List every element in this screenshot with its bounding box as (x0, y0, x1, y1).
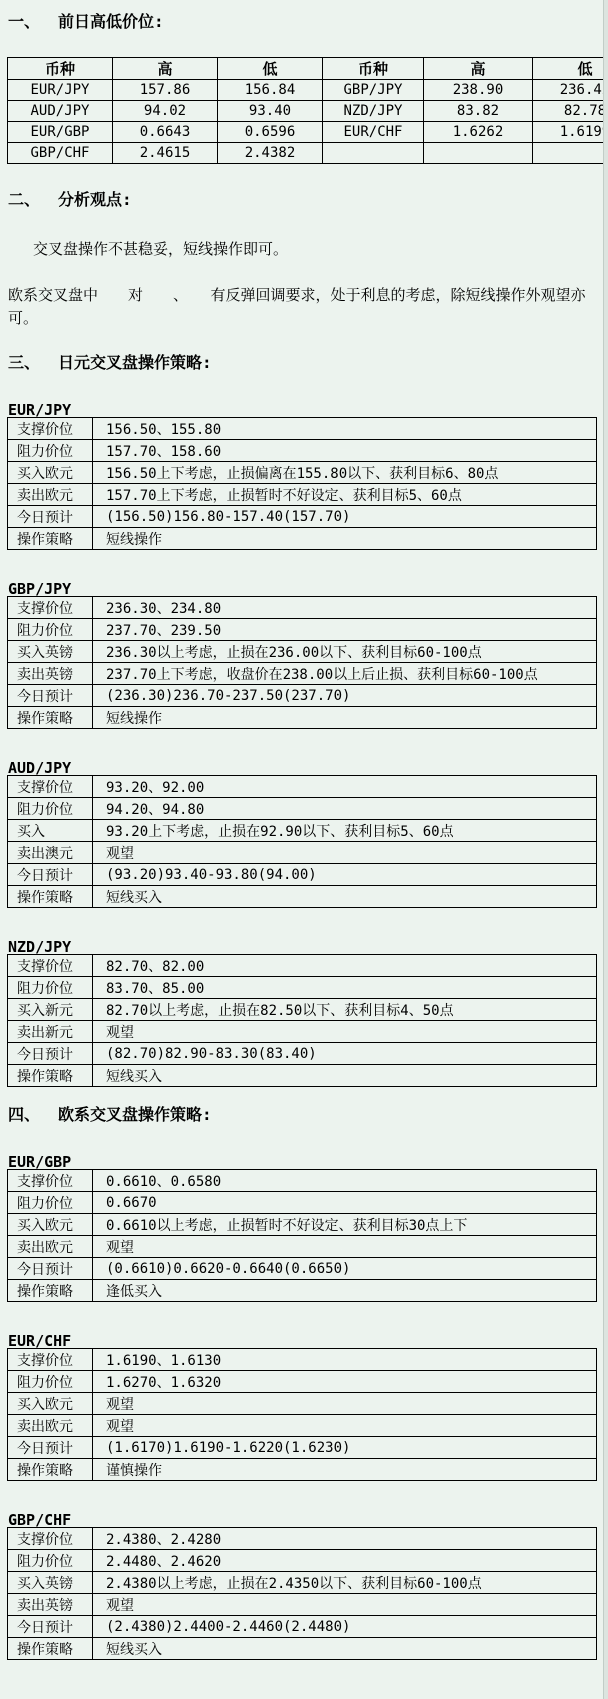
strategy-row: 支撑价位236.30、234.80 (8, 597, 597, 619)
strategy-row-label: 阻力价位 (8, 619, 93, 641)
strategy-row-value: 观望 (93, 1236, 597, 1258)
strategy-row-value: 观望 (93, 1415, 597, 1437)
section-2-title: 分析观点: (58, 190, 132, 209)
strategy-row-value: 2.4480、2.4620 (93, 1550, 597, 1572)
strategy-row-label: 今日预计 (8, 506, 93, 528)
price-cell-pair: AUD/JPY (8, 101, 113, 122)
price-column-header: 高 (424, 58, 533, 80)
section-1-heading: 一、前日高低价位: (8, 14, 608, 30)
price-cell-pair: EUR/JPY (8, 80, 113, 101)
pair-label: EUR/GBP (8, 1155, 608, 1169)
strategy-table-eur-chf: 支撑价位1.6190、1.6130阻力价位1.6270、1.6320买入欧元观望… (7, 1348, 597, 1481)
price-cell-value: 83.82 (424, 101, 533, 122)
strategy-row: 卖出澳元观望 (8, 842, 597, 864)
price-cell-value: 94.02 (113, 101, 218, 122)
strategy-row: 阻力价位0.6670 (8, 1192, 597, 1214)
strategy-row-label: 买入英镑 (8, 1572, 93, 1594)
strategy-row-value: 短线买入 (93, 1638, 597, 1660)
strategy-row: 操作策略短线买入 (8, 886, 597, 908)
strategy-row: 支撑价位0.6610、0.6580 (8, 1170, 597, 1192)
strategy-row-label: 今日预计 (8, 1043, 93, 1065)
strategy-row-label: 今日预计 (8, 1258, 93, 1280)
eur-cross-strategy-section: EUR/GBP支撑价位0.6610、0.6580阻力价位0.6670买入欧元0.… (8, 1155, 608, 1660)
strategy-row: 阻力价位1.6270、1.6320 (8, 1371, 597, 1393)
price-cell-value: 93.40 (218, 101, 323, 122)
strategy-row-label: 卖出澳元 (8, 842, 93, 864)
strategy-row-value: 2.4380以上考虑，止损在2.4350以下、获利目标60-100点 (93, 1572, 597, 1594)
strategy-row: 今日预计(156.50)156.80-157.40(157.70) (8, 506, 597, 528)
strategy-row-label: 今日预计 (8, 685, 93, 707)
strategy-table-aud-jpy: 支撑价位93.20、92.00阻力价位94.20、94.80买入93.20上下考… (7, 775, 597, 908)
strategy-row-label: 支撑价位 (8, 1349, 93, 1371)
strategy-row-label: 操作策略 (8, 528, 93, 550)
strategy-row-value: (156.50)156.80-157.40(157.70) (93, 506, 597, 528)
strategy-row-value: 2.4380、2.4280 (93, 1528, 597, 1550)
strategy-row-label: 支撑价位 (8, 1528, 93, 1550)
strategy-row-value: (93.20)93.40-93.80(94.00) (93, 864, 597, 886)
strategy-row-label: 卖出英镑 (8, 663, 93, 685)
strategy-row-label: 支撑价位 (8, 955, 93, 977)
price-cell-value (424, 143, 533, 164)
strategy-row-value: 短线操作 (93, 528, 597, 550)
strategy-row-label: 阻力价位 (8, 798, 93, 820)
strategy-row: 今日预计(1.6170)1.6190-1.6220(1.6230) (8, 1437, 597, 1459)
strategy-row-value: 谨慎操作 (93, 1459, 597, 1481)
pair-block-nzd-jpy: NZD/JPY支撑价位82.70、82.00阻力价位83.70、85.00买入新… (8, 940, 608, 1087)
price-cell-value (533, 143, 608, 164)
strategy-row: 今日预计(0.6610)0.6620-0.6640(0.6650) (8, 1258, 597, 1280)
price-row: AUD/JPY94.0293.40NZD/JPY83.8282.78 (8, 101, 608, 122)
section-4-title: 欧系交叉盘操作策略: (58, 1105, 212, 1124)
strategy-row: 卖出欧元观望 (8, 1236, 597, 1258)
strategy-row-label: 操作策略 (8, 1638, 93, 1660)
price-row: GBP/CHF2.46152.4382 (8, 143, 608, 164)
strategy-row-label: 买入欧元 (8, 462, 93, 484)
strategy-row-value: 0.6610、0.6580 (93, 1170, 597, 1192)
price-column-header: 高 (113, 58, 218, 80)
strategy-row-label: 买入新元 (8, 999, 93, 1021)
strategy-row: 操作策略短线买入 (8, 1065, 597, 1087)
strategy-row: 今日预计(2.4380)2.4400-2.4460(2.4480) (8, 1616, 597, 1638)
price-column-header: 币种 (323, 58, 424, 80)
strategy-row: 支撑价位156.50、155.80 (8, 418, 597, 440)
price-column-header: 低 (533, 58, 608, 80)
strategy-row-value: (2.4380)2.4400-2.4460(2.4480) (93, 1616, 597, 1638)
section-3-number: 三、 (8, 353, 40, 372)
strategy-row: 阻力价位83.70、85.00 (8, 977, 597, 999)
strategy-row-value: 观望 (93, 1021, 597, 1043)
pair-block-gbp-jpy: GBP/JPY支撑价位236.30、234.80阻力价位237.70、239.5… (8, 582, 608, 729)
strategy-row: 操作策略谨慎操作 (8, 1459, 597, 1481)
pair-block-eur-gbp: EUR/GBP支撑价位0.6610、0.6580阻力价位0.6670买入欧元0.… (8, 1155, 608, 1302)
strategy-row-value: (1.6170)1.6190-1.6220(1.6230) (93, 1437, 597, 1459)
strategy-row-label: 操作策略 (8, 1280, 93, 1302)
price-cell-value: 157.86 (113, 80, 218, 101)
strategy-row-value: 93.20上下考虑，止损在92.90以下、获利目标5、60点 (93, 820, 597, 842)
strategy-row: 买入欧元0.6610以上考虑，止损暂时不好设定、获利目标30点上下 (8, 1214, 597, 1236)
strategy-row: 阻力价位2.4480、2.4620 (8, 1550, 597, 1572)
strategy-row-label: 支撑价位 (8, 597, 93, 619)
strategy-row-value: 0.6670 (93, 1192, 597, 1214)
section-2-heading: 二、分析观点: (8, 192, 608, 208)
price-cell-pair (323, 143, 424, 164)
strategy-row-value: 短线买入 (93, 1065, 597, 1087)
pair-label: AUD/JPY (8, 761, 608, 775)
strategy-row-label: 操作策略 (8, 1065, 93, 1087)
price-cell-value: 0.6596 (218, 122, 323, 143)
price-row: EUR/GBP0.66430.6596EUR/CHF1.62621.6199 (8, 122, 608, 143)
price-cell-pair: GBP/CHF (8, 143, 113, 164)
strategy-row-value: 156.50上下考虑，止损偏离在155.80以下、获利目标6、80点 (93, 462, 597, 484)
strategy-row-value: 0.6610以上考虑，止损暂时不好设定、获利目标30点上下 (93, 1214, 597, 1236)
strategy-row-value: 236.30、234.80 (93, 597, 597, 619)
strategy-row: 买入英镑2.4380以上考虑，止损在2.4350以下、获利目标60-100点 (8, 1572, 597, 1594)
strategy-row: 操作策略短线操作 (8, 528, 597, 550)
strategy-row-value: 观望 (93, 842, 597, 864)
price-cell-value: 2.4382 (218, 143, 323, 164)
strategy-row-label: 操作策略 (8, 886, 93, 908)
strategy-row-label: 阻力价位 (8, 440, 93, 462)
strategy-row: 今日预计(236.30)236.70-237.50(237.70) (8, 685, 597, 707)
pair-block-eur-jpy: EUR/JPY支撑价位156.50、155.80阻力价位157.70、158.6… (8, 403, 608, 550)
section-4-number: 四、 (8, 1105, 40, 1124)
section-3-heading: 三、日元交叉盘操作策略: (8, 355, 608, 371)
strategy-table-eur-jpy: 支撑价位156.50、155.80阻力价位157.70、158.60买入欧元15… (7, 417, 597, 550)
price-cell-pair: GBP/JPY (323, 80, 424, 101)
strategy-row-label: 买入英镑 (8, 641, 93, 663)
strategy-table-nzd-jpy: 支撑价位82.70、82.00阻力价位83.70、85.00买入新元82.70以… (7, 954, 597, 1087)
strategy-row-label: 买入 (8, 820, 93, 842)
strategy-row: 阻力价位94.20、94.80 (8, 798, 597, 820)
price-header-row: 币种高低币种高低 (8, 58, 608, 80)
strategy-row: 卖出欧元观望 (8, 1415, 597, 1437)
strategy-row-value: 观望 (93, 1594, 597, 1616)
price-table-body: EUR/JPY157.86156.84GBP/JPY238.90236.42AU… (8, 80, 608, 164)
strategy-row-value: 1.6270、1.6320 (93, 1371, 597, 1393)
strategy-row-value: (0.6610)0.6620-0.6640(0.6650) (93, 1258, 597, 1280)
price-table: 币种高低币种高低 EUR/JPY157.86156.84GBP/JPY238.9… (7, 57, 608, 164)
strategy-row: 买入英镑236.30以上考虑，止损在236.00以下、获利目标60-100点 (8, 641, 597, 663)
strategy-row: 支撑价位2.4380、2.4280 (8, 1528, 597, 1550)
strategy-row-value: 1.6190、1.6130 (93, 1349, 597, 1371)
strategy-row: 买入欧元观望 (8, 1393, 597, 1415)
strategy-row-value: 156.50、155.80 (93, 418, 597, 440)
price-cell-value: 156.84 (218, 80, 323, 101)
section-3-title: 日元交叉盘操作策略: (58, 353, 212, 372)
pair-block-gbp-chf: GBP/CHF支撑价位2.4380、2.4280阻力价位2.4480、2.462… (8, 1513, 608, 1660)
strategy-row-label: 操作策略 (8, 1459, 93, 1481)
strategy-row: 买入欧元156.50上下考虑，止损偏离在155.80以下、获利目标6、80点 (8, 462, 597, 484)
price-cell-pair: NZD/JPY (323, 101, 424, 122)
strategy-row-label: 卖出新元 (8, 1021, 93, 1043)
strategy-row: 买入93.20上下考虑，止损在92.90以下、获利目标5、60点 (8, 820, 597, 842)
price-cell-pair: EUR/CHF (323, 122, 424, 143)
pair-label: NZD/JPY (8, 940, 608, 954)
strategy-row-value: 83.70、85.00 (93, 977, 597, 999)
strategy-row: 今日预计(93.20)93.40-93.80(94.00) (8, 864, 597, 886)
price-cell-value: 238.90 (424, 80, 533, 101)
price-column-header: 低 (218, 58, 323, 80)
price-column-header: 币种 (8, 58, 113, 80)
price-cell-value: 0.6643 (113, 122, 218, 143)
price-cell-value: 1.6262 (424, 122, 533, 143)
strategy-row: 卖出英镑237.70上下考虑，收盘价在238.00以上后止损、获利目标60-10… (8, 663, 597, 685)
strategy-row-value: (236.30)236.70-237.50(237.70) (93, 685, 597, 707)
pair-label: GBP/JPY (8, 582, 608, 596)
strategy-row-value: 93.20、92.00 (93, 776, 597, 798)
price-cell-value: 82.78 (533, 101, 608, 122)
strategy-row-label: 阻力价位 (8, 1192, 93, 1214)
strategy-row: 支撑价位93.20、92.00 (8, 776, 597, 798)
pair-label: EUR/JPY (8, 403, 608, 417)
price-cell-value: 236.42 (533, 80, 608, 101)
analysis-paragraph-2: 欧系交叉盘中 对 、 有反弹回调要求，处于利息的考虑，除短线操作外观望亦 可。 (8, 284, 608, 330)
section-1-title: 前日高低价位: (58, 12, 164, 31)
strategy-row-label: 买入欧元 (8, 1214, 93, 1236)
strategy-row-label: 操作策略 (8, 707, 93, 729)
strategy-row: 支撑价位82.70、82.00 (8, 955, 597, 977)
strategy-row: 操作策略逢低买入 (8, 1280, 597, 1302)
strategy-row-value: 观望 (93, 1393, 597, 1415)
strategy-row: 卖出欧元157.70上下考虑，止损暂时不好设定、获利目标5、60点 (8, 484, 597, 506)
strategy-row-value: 94.20、94.80 (93, 798, 597, 820)
strategy-row: 操作策略短线买入 (8, 1638, 597, 1660)
strategy-row: 今日预计(82.70)82.90-83.30(83.40) (8, 1043, 597, 1065)
jpy-cross-strategy-section: EUR/JPY支撑价位156.50、155.80阻力价位157.70、158.6… (8, 403, 608, 1087)
price-cell-value: 1.6199 (533, 122, 608, 143)
strategy-row: 卖出英镑观望 (8, 1594, 597, 1616)
strategy-row-value: 短线买入 (93, 886, 597, 908)
strategy-row-label: 阻力价位 (8, 1550, 93, 1572)
strategy-row-value: 236.30以上考虑，止损在236.00以下、获利目标60-100点 (93, 641, 597, 663)
strategy-row: 买入新元82.70以上考虑，止损在82.50以下、获利目标4、50点 (8, 999, 597, 1021)
strategy-row-value: 82.70以上考虑，止损在82.50以下、获利目标4、50点 (93, 999, 597, 1021)
section-2-number: 二、 (8, 190, 40, 209)
strategy-row-label: 支撑价位 (8, 1170, 93, 1192)
strategy-row-label: 阻力价位 (8, 977, 93, 999)
strategy-row-label: 支撑价位 (8, 776, 93, 798)
section-4-heading: 四、欧系交叉盘操作策略: (8, 1107, 608, 1123)
strategy-row-value: (82.70)82.90-83.30(83.40) (93, 1043, 597, 1065)
strategy-row-label: 阻力价位 (8, 1371, 93, 1393)
strategy-row-value: 237.70、239.50 (93, 619, 597, 641)
strategy-row-label: 支撑价位 (8, 418, 93, 440)
strategy-row-value: 逢低买入 (93, 1280, 597, 1302)
strategy-row-value: 157.70上下考虑，止损暂时不好设定、获利目标5、60点 (93, 484, 597, 506)
strategy-row: 支撑价位1.6190、1.6130 (8, 1349, 597, 1371)
strategy-row-label: 卖出欧元 (8, 484, 93, 506)
strategy-row-label: 今日预计 (8, 1616, 93, 1638)
analysis-paragraph-1: 交叉盘操作不甚稳妥，短线操作即可。 (8, 238, 608, 261)
page: { "page": { "background": "#ecf3ee", "bo… (0, 0, 608, 1699)
pair-label: GBP/CHF (8, 1513, 608, 1527)
strategy-table-gbp-jpy: 支撑价位236.30、234.80阻力价位237.70、239.50买入英镑23… (7, 596, 597, 729)
price-cell-value: 2.4615 (113, 143, 218, 164)
strategy-row-value: 82.70、82.00 (93, 955, 597, 977)
pair-block-aud-jpy: AUD/JPY支撑价位93.20、92.00阻力价位94.20、94.80买入9… (8, 761, 608, 908)
strategy-row: 阻力价位157.70、158.60 (8, 440, 597, 462)
strategy-row-label: 今日预计 (8, 1437, 93, 1459)
pair-block-eur-chf: EUR/CHF支撑价位1.6190、1.6130阻力价位1.6270、1.632… (8, 1334, 608, 1481)
strategy-table-gbp-chf: 支撑价位2.4380、2.4280阻力价位2.4480、2.4620买入英镑2.… (7, 1527, 597, 1660)
strategy-table-eur-gbp: 支撑价位0.6610、0.6580阻力价位0.6670买入欧元0.6610以上考… (7, 1169, 597, 1302)
strategy-row-label: 买入欧元 (8, 1393, 93, 1415)
strategy-row: 卖出新元观望 (8, 1021, 597, 1043)
strategy-row: 阻力价位237.70、239.50 (8, 619, 597, 641)
section-1-number: 一、 (8, 12, 40, 31)
strategy-row-value: 157.70、158.60 (93, 440, 597, 462)
price-cell-pair: EUR/GBP (8, 122, 113, 143)
strategy-row-value: 237.70上下考虑，收盘价在238.00以上后止损、获利目标60-100点 (93, 663, 597, 685)
pair-label: EUR/CHF (8, 1334, 608, 1348)
page-right-edge (603, 0, 608, 1699)
strategy-row-label: 卖出欧元 (8, 1236, 93, 1258)
strategy-row-label: 卖出英镑 (8, 1594, 93, 1616)
strategy-row: 操作策略短线操作 (8, 707, 597, 729)
price-table-head: 币种高低币种高低 (8, 58, 608, 80)
strategy-row-value: 短线操作 (93, 707, 597, 729)
strategy-row-label: 今日预计 (8, 864, 93, 886)
strategy-row-label: 卖出欧元 (8, 1415, 93, 1437)
price-row: EUR/JPY157.86156.84GBP/JPY238.90236.42 (8, 80, 608, 101)
report-page: 一、前日高低价位: 币种高低币种高低 EUR/JPY157.86156.84GB… (0, 14, 608, 1660)
